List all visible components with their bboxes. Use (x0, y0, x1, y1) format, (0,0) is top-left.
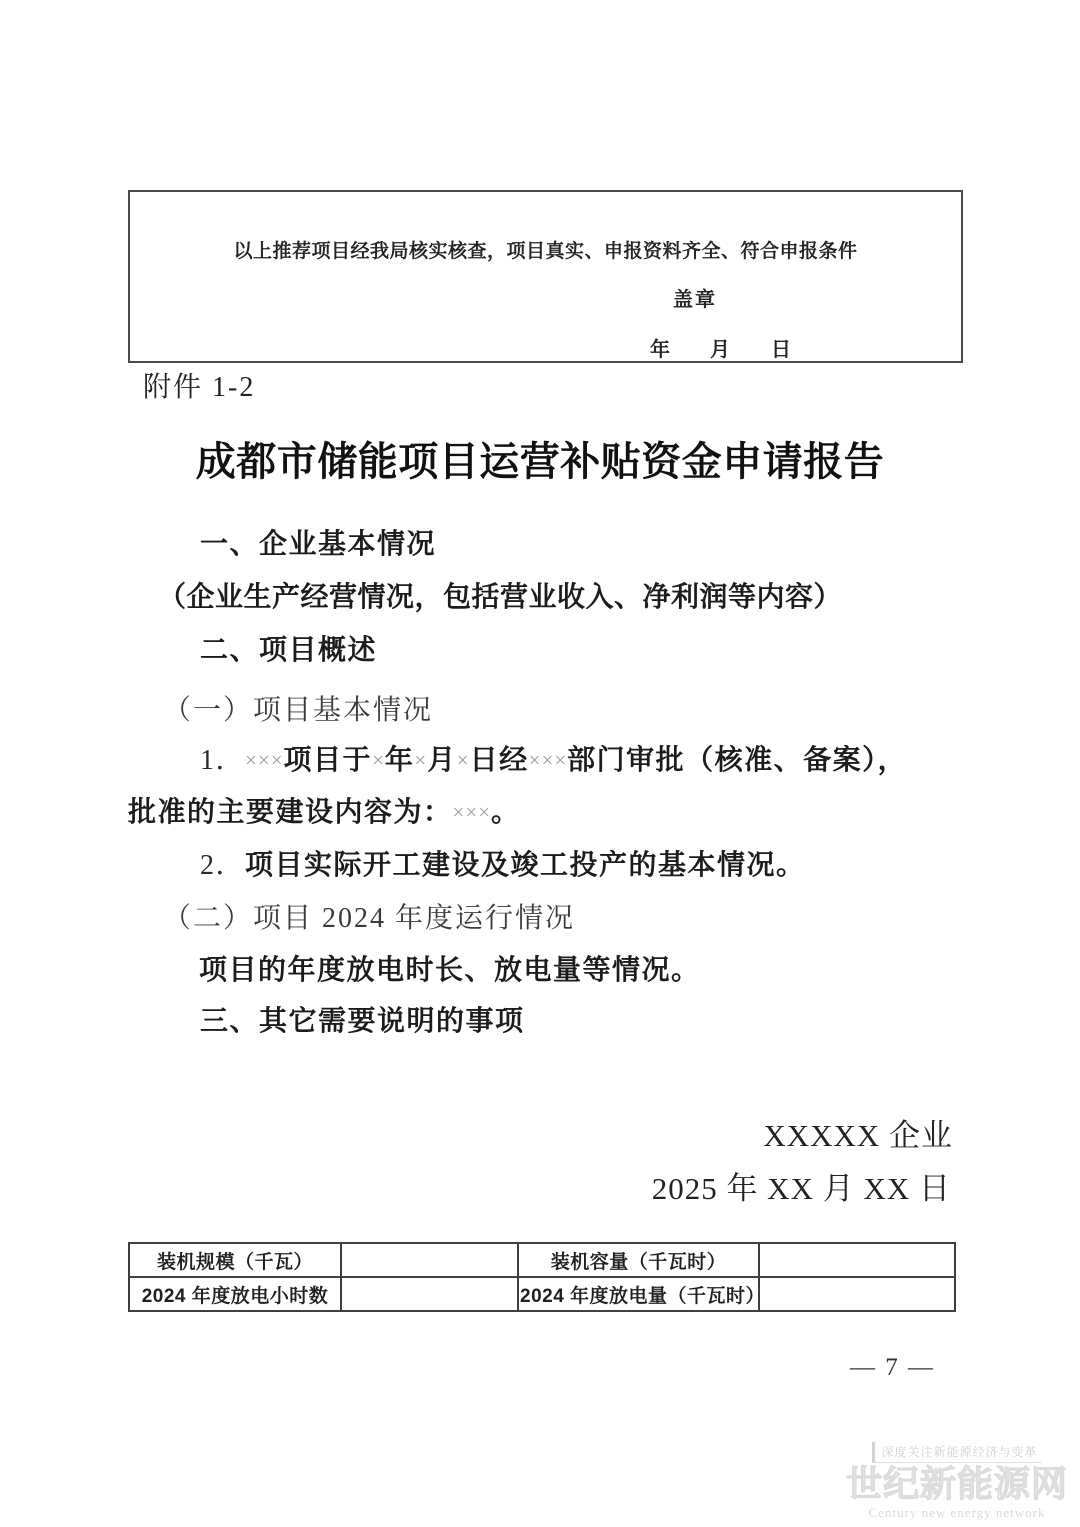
project-data-table: 装机规模（千瓦） 装机容量（千瓦时） 2024 年度放电小时数 2024 年度放… (128, 1242, 956, 1312)
cell-installed-scale-label: 装机规模（千瓦） (129, 1243, 341, 1277)
date-day-label: 日 (771, 333, 791, 362)
section-2-heading: 二、项目概述 (200, 628, 377, 668)
cell-installed-capacity-value (759, 1243, 955, 1277)
watermark-english-name: Century new energy network (838, 1505, 1076, 1521)
item-2-text: 项目实际开工建设及竣工投产的基本情况。 (245, 849, 806, 880)
cell-discharge-amount-label: 2024 年度放电量（千瓦时） (518, 1277, 759, 1311)
watermark-site-name: 世纪新能源网 (838, 1464, 1076, 1504)
date-year-label: 年 (650, 333, 670, 362)
section-2-sub-2-note: 项目的年度放电时长、放电量等情况。 (199, 948, 701, 988)
cell-discharge-hours-label: 2024 年度放电小时数 (129, 1277, 341, 1311)
placeholder-x: ××× (245, 748, 284, 772)
placeholder-x: ××× (529, 748, 568, 772)
item-1-text: 年 (385, 744, 415, 775)
item-1-text: 日经 (470, 744, 529, 775)
placeholder-x: × (414, 748, 427, 772)
cell-discharge-hours-value (341, 1277, 518, 1311)
cell-installed-capacity-label: 装机容量（千瓦时） (518, 1243, 759, 1277)
signature-company: XXXXX 企业 (763, 1110, 953, 1155)
attachment-label: 附件 1-2 (143, 365, 255, 405)
watermark-slogan: 深度关注新能源经济与变革 (872, 1442, 1041, 1463)
table-row: 2024 年度放电小时数 2024 年度放电量（千瓦时） (129, 1277, 955, 1311)
verification-stamp-box: 以上推荐项目经我局核实核查，项目真实、申报资料齐全、符合申报条件 盖章 年 月 … (128, 190, 963, 363)
item-2-line: 2．项目实际开工建设及竣工投产的基本情况。 (200, 843, 806, 883)
document-title: 成都市储能项目运营补贴资金申请报告 (0, 430, 1080, 487)
section-1-note: （企业生产经营情况，包括营业收入、净利润等内容） (158, 575, 842, 615)
section-1-heading: 一、企业基本情况 (200, 522, 436, 562)
section-2-sub-2-heading: （二）项目 2024 年度运行情况 (163, 896, 575, 936)
table-row: 装机规模（千瓦） 装机容量（千瓦时） (129, 1243, 955, 1277)
site-watermark: 深度关注新能源经济与变革 世纪新能源网 Century new energy n… (838, 1442, 1076, 1521)
item-1-text: 部门审批（核准、备案）， (567, 744, 907, 775)
item-1-number: 1． (200, 745, 245, 776)
placeholder-x: ××× (453, 800, 492, 824)
item-1-text: 月 (427, 744, 457, 775)
item-2-number: 2． (200, 850, 245, 881)
verification-statement: 以上推荐项目经我局核实核查，项目真实、申报资料齐全、符合申报条件 (130, 236, 961, 263)
item-1-line: 1．×××项目于×年×月×日经×××部门审批（核准、备案）， (200, 738, 907, 778)
section-3-heading: 三、其它需要说明的事项 (200, 999, 525, 1039)
cell-installed-scale-value (341, 1243, 518, 1277)
item-1-text: 项目于 (284, 744, 373, 775)
signature-date: 2025 年 XX 月 XX 日 (652, 1163, 951, 1208)
cell-discharge-amount-value (759, 1277, 955, 1311)
date-month-label: 月 (710, 333, 730, 362)
section-2-sub-1-heading: （一）项目基本情况 (163, 688, 433, 728)
item-1-cont-text: 批准的主要建设内容为： (128, 796, 453, 827)
placeholder-x: × (372, 748, 385, 772)
seal-here-label: 盖章 (673, 283, 717, 312)
page-number: — 7 — (850, 1354, 935, 1382)
placeholder-x: × (457, 748, 470, 772)
item-1-continuation: 批准的主要建设内容为：×××。 (128, 790, 521, 830)
document-page: 以上推荐项目经我局核实核查，项目真实、申报资料齐全、符合申报条件 盖章 年 月 … (0, 0, 1080, 1527)
item-1-cont-period: 。 (491, 796, 521, 827)
